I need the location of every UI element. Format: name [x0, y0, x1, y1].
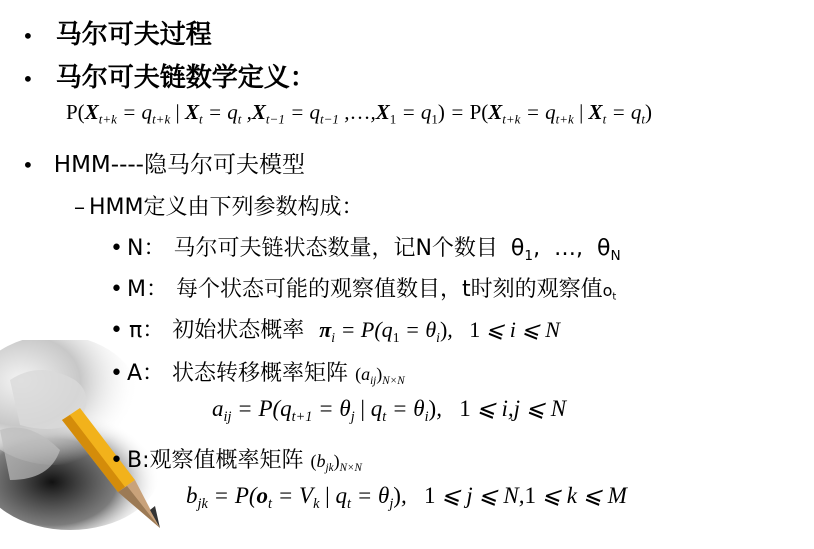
emission-prob-formula: bjk = P(ot = Vk | qt = θj), 1 ⩽ j ⩽ N,1 …: [186, 483, 627, 509]
transition-matrix-symbol: (aij)N×N: [355, 364, 405, 384]
param-label: A：: [127, 361, 164, 386]
param-pi: •π：初始状态概率 πi = P(q1 = θi), 1 ⩽ i ⩽ N: [110, 313, 560, 344]
param-n: •N：马尔可夫链状态数量，记N个数目 θ1, …, θN: [110, 231, 621, 262]
bullet-markov-chain-definition: •马尔可夫链数学定义：: [22, 57, 316, 94]
bullet-marker: •: [110, 361, 123, 386]
bullet-hmm: •HMM----隐马尔可夫模型: [22, 146, 305, 179]
param-label: π：: [129, 318, 164, 343]
sub-bullet-text: HMM定义由下列参数构成：: [89, 195, 364, 220]
param-label: M：: [127, 277, 168, 302]
bullet-markov-process: •马尔可夫过程: [22, 14, 212, 51]
emission-matrix-symbol: (bjk)N×N: [311, 451, 362, 471]
param-label: N：: [127, 236, 165, 261]
bullet-marker: •: [110, 448, 123, 473]
param-text: 状态转移概率矩阵: [172, 361, 348, 386]
param-m: •M：每个状态可能的观察值数目，t时刻的观察值ot: [110, 272, 616, 303]
bullet-marker: •: [110, 318, 123, 343]
sub-bullet-hmm-definition: –HMM定义由下列参数构成：: [74, 190, 364, 221]
bullet-marker: •: [22, 153, 34, 177]
theta-list: θ1, …, θN: [511, 236, 621, 261]
bullet-text: 马尔可夫过程: [56, 20, 212, 50]
initial-prob-formula: πi = P(q1 = θi), 1 ⩽ i ⩽ N: [319, 317, 560, 342]
param-label: B:: [127, 448, 150, 473]
bullet-marker: •: [22, 67, 34, 91]
param-text: 每个状态可能的观察值数目，t时刻的观察值: [176, 277, 603, 302]
bullet-marker: •: [110, 236, 123, 261]
slide: •马尔可夫过程 •马尔可夫链数学定义： P(Xt+k = qt+k | Xt =…: [0, 0, 814, 549]
bullet-marker: •: [22, 24, 34, 48]
bullet-text: HMM----隐马尔可夫模型: [54, 152, 305, 178]
dash-marker: –: [74, 195, 85, 220]
param-text: 观察值概率矩阵: [150, 448, 304, 473]
observation-symbol: ot: [603, 281, 617, 300]
param-text: 马尔可夫链状态数量，记N个数目: [173, 236, 497, 261]
bullet-marker: •: [110, 277, 123, 302]
bullet-text: 马尔可夫链数学定义：: [56, 63, 316, 93]
param-b: •B:观察值概率矩阵 (bjk)N×N: [110, 443, 362, 474]
param-text: 初始状态概率: [172, 318, 304, 343]
param-a: •A：状态转移概率矩阵 (aij)N×N: [110, 356, 405, 387]
markov-chain-formula: P(Xt+k = qt+k | Xt = qt ,Xt−1 = qt−1 ,…,…: [66, 100, 652, 125]
transition-prob-formula: aij = P(qt+1 = θj | qt = θi), 1 ⩽ i,j ⩽ …: [212, 396, 566, 422]
